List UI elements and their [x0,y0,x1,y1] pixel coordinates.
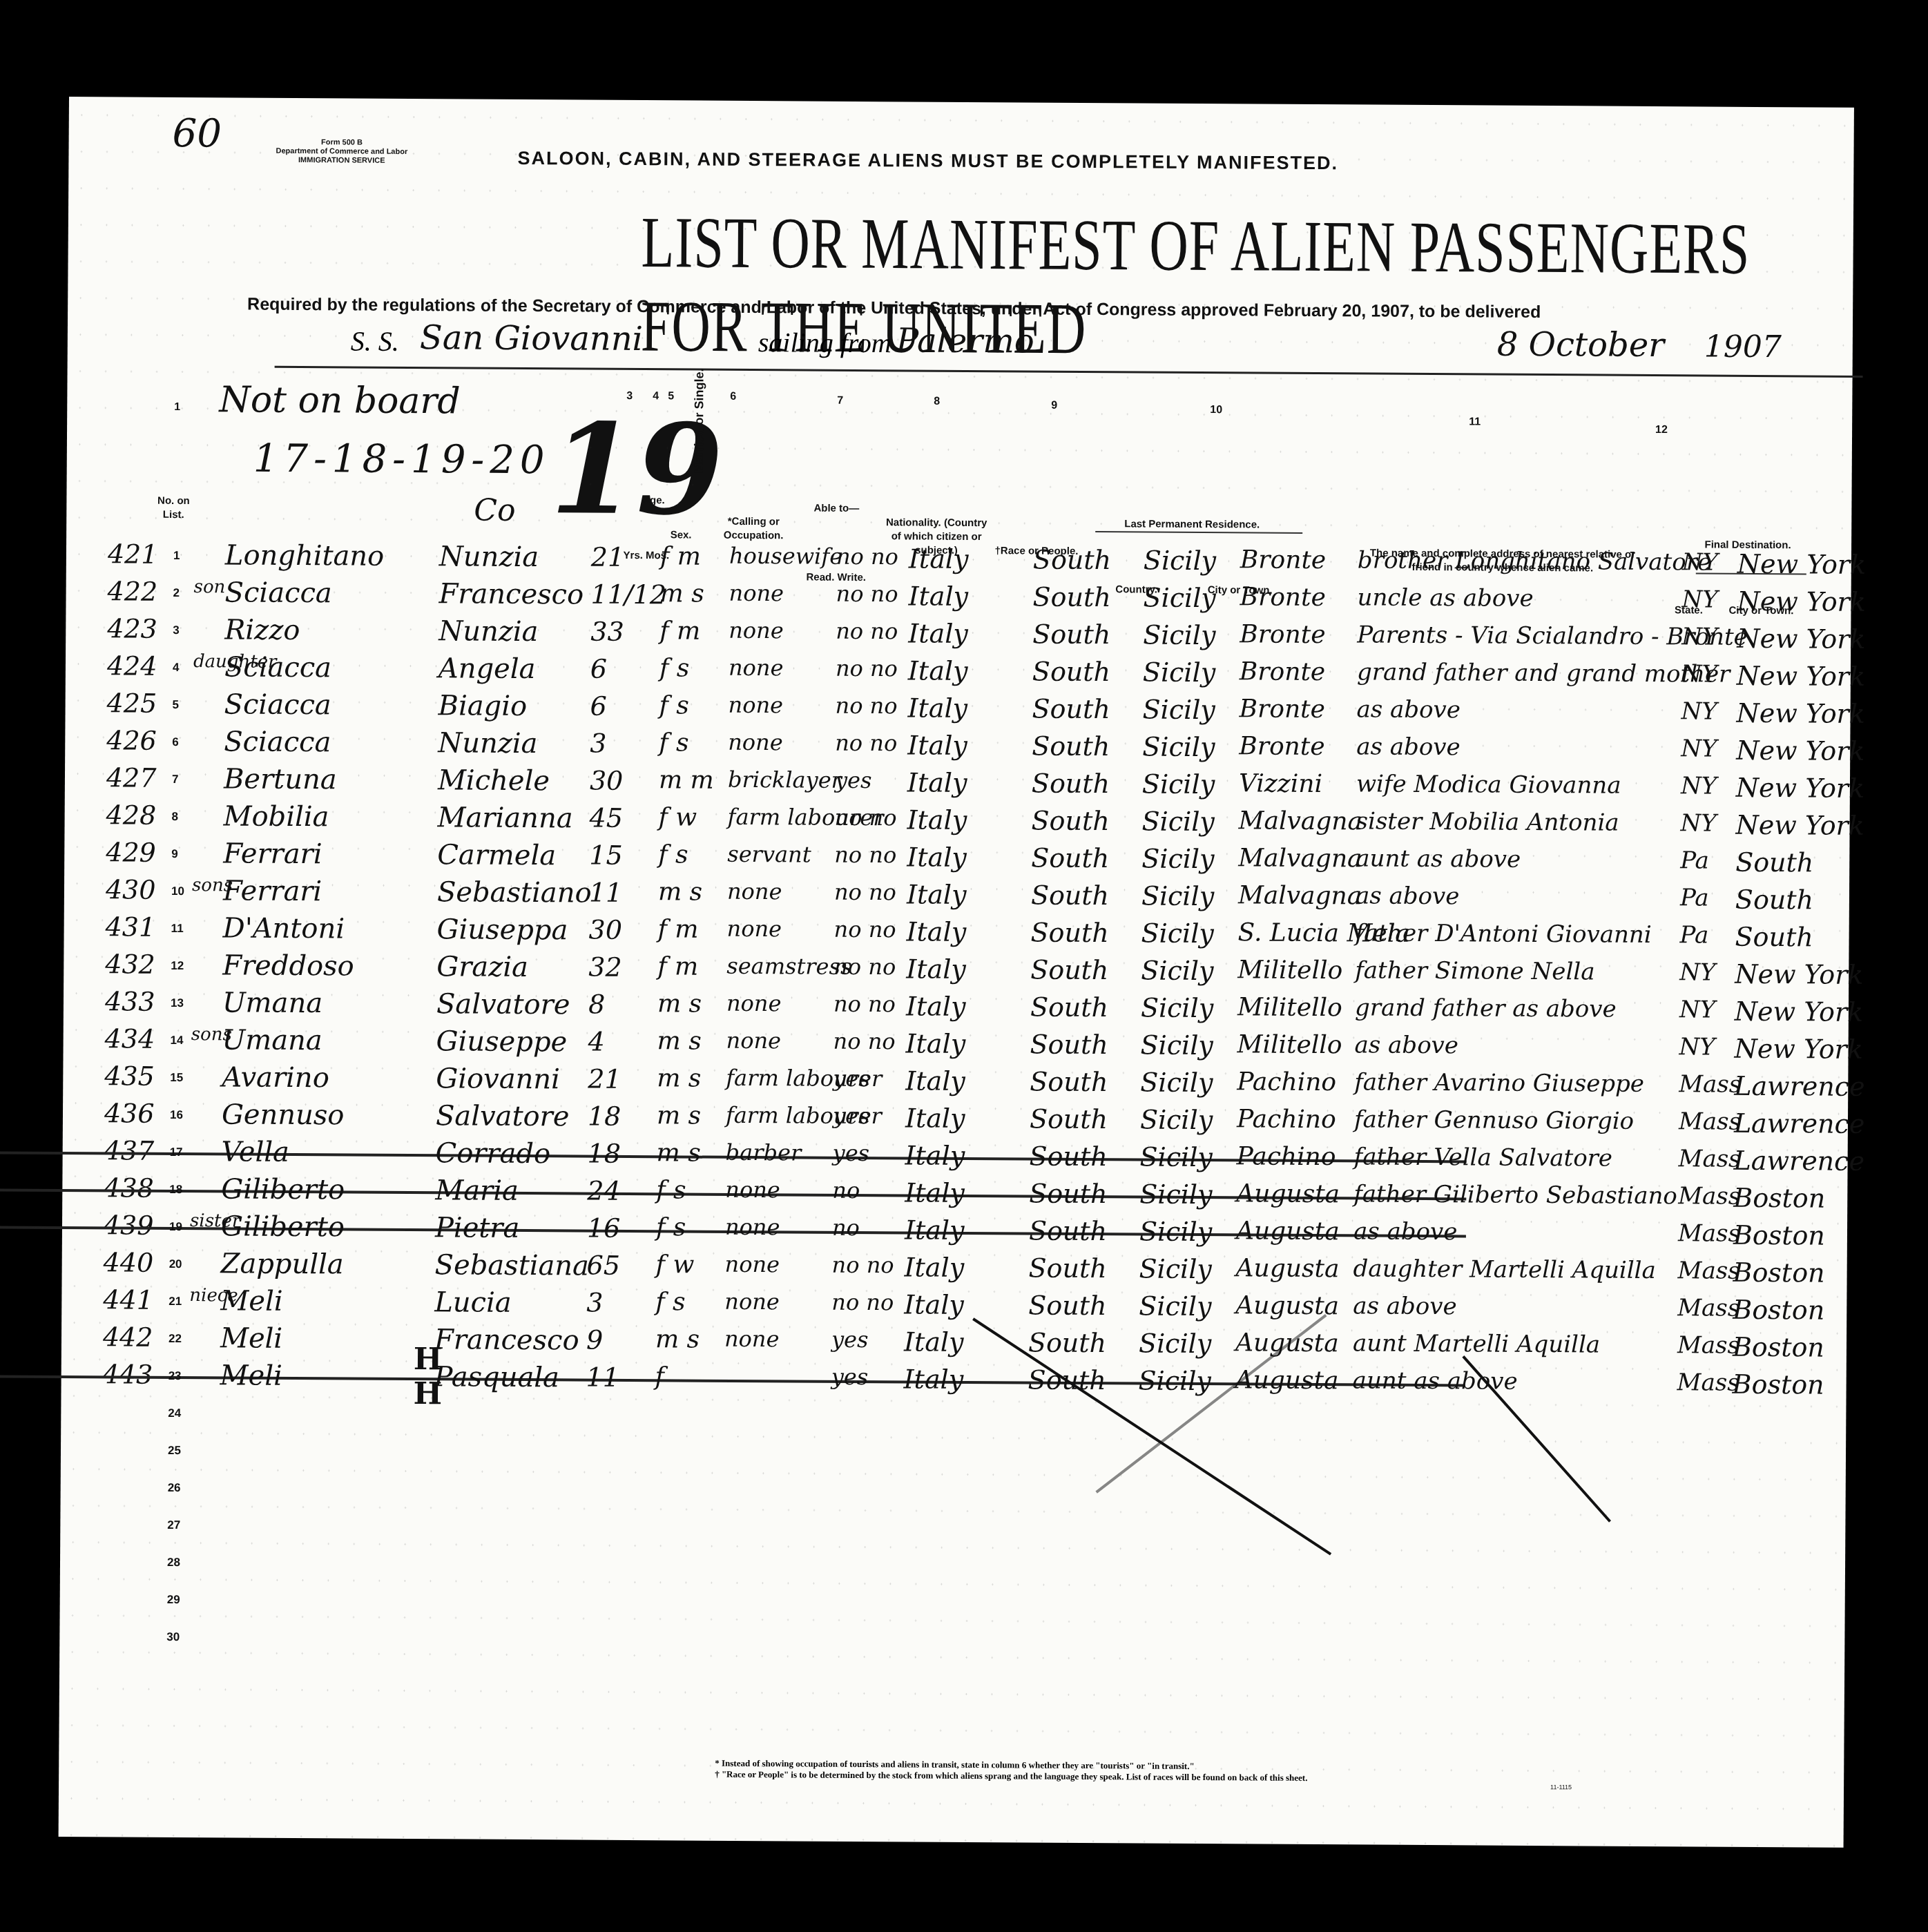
nearest-relative: father Simone Nella [1355,956,1594,985]
manifest-number: 436 [104,1098,155,1128]
sex-marital: f m [660,542,701,570]
sex-marital: m s [657,1064,701,1092]
manifest-number: 423 [107,613,157,644]
surname: Mobilia [223,800,329,833]
residence-city: Bronte [1240,583,1326,612]
manifest-number: 434 [105,1023,155,1054]
nearest-relative: father Avarino Giuseppe [1354,1068,1644,1098]
given-name: Pietra [435,1212,520,1244]
h-mark: H [413,1376,442,1411]
occupation: barber [726,1139,802,1166]
read-write: no no [834,879,896,906]
sex-marital: f m [658,915,699,943]
surname: Giliberto [221,1173,345,1206]
given-name: Giuseppa [437,914,568,946]
destination-city: New York [1737,624,1865,655]
destination-state: NY [1679,958,1715,986]
manifest-number: 439 [104,1210,154,1240]
empty-line-number: 26 [168,1481,181,1495]
nearest-relative: father Giliberto Sebastiano [1353,1180,1677,1210]
sex-marital: f s [655,1288,685,1316]
residence-city: Bronte [1240,545,1327,574]
nationality: Italy [907,879,967,910]
nearest-relative: as above [1353,1292,1457,1320]
race: South [1028,1328,1106,1359]
age: 4 [588,1027,605,1057]
surname: Sciacca [224,651,331,684]
departure-date: 8 October [1497,325,1665,365]
line-number: 8 [172,810,179,824]
occupation: none [725,1214,780,1240]
occupation: none [728,729,783,755]
nationality: Italy [907,730,967,761]
line-number: 9 [171,847,178,861]
residence-country: Sicily [1143,583,1216,614]
destination-city: New York [1736,698,1864,729]
nearest-relative: aunt as above [1356,844,1521,873]
age: 8 [588,989,605,1020]
residence-city: Bronte [1240,620,1326,649]
destination-city: Lawrence [1734,1071,1865,1102]
destination-state: NY [1682,548,1718,576]
destination-state: NY [1681,735,1717,762]
age: 45 [589,803,623,833]
col-num-5: 5 [668,390,674,403]
destination-state: Mass [1679,1070,1741,1099]
sex-marital: m s [659,579,704,608]
destination-city: South [1735,922,1813,953]
occupation: none [729,692,784,718]
race: South [1030,1141,1108,1172]
header-no-on-list: No. on List. [149,494,197,522]
occupation: none [725,1177,780,1203]
nationality: Italy [904,1326,964,1358]
col-num-3: 3 [626,390,633,403]
line-number: 22 [168,1332,182,1346]
occupation: none [724,1326,780,1352]
read-write: yes [833,1140,870,1166]
col-num-6: 6 [730,391,736,403]
age: 6 [590,691,606,722]
surname: Zappulla [221,1248,344,1280]
residence-country: Sicily [1142,769,1215,800]
read-write: no no [834,842,896,869]
service-name: IMMIGRATION SERVICE [276,156,407,166]
manifest-number: 431 [106,911,156,942]
sex-marital: f [655,1362,665,1391]
nationality: Italy [905,1215,965,1246]
read-write: no no [831,1289,894,1316]
sex-marital: f m [659,617,700,645]
residence-country: Sicily [1141,918,1214,949]
surname: Meli [220,1360,282,1392]
destination-state: Mass [1679,1108,1741,1136]
ship-info-line: S. S. San Giovanni sailing from Palermo … [275,318,1863,378]
read-write: no no [834,916,896,943]
nationality: Italy [907,693,967,724]
residence-city: Militello [1237,956,1342,985]
age: 18 [588,1101,621,1132]
nationality: Italy [908,655,968,686]
surname: Umana [222,1024,322,1056]
destination-city: New York [1736,773,1864,804]
race: South [1030,1067,1108,1098]
given-name: Lucia [434,1286,512,1319]
manifest-number: 427 [106,762,157,793]
nearest-relative: as above [1356,882,1460,910]
residence-country: Sicily [1139,1216,1213,1247]
destination-city: New York [1737,549,1866,580]
residence-city: Augusta [1236,1254,1340,1283]
occupation: none [727,916,782,942]
empty-line-number: 25 [168,1444,181,1458]
col-num-7: 7 [837,395,843,407]
line-number: 6 [172,735,179,749]
sailing-from-label: sailing from [758,326,891,359]
nearest-relative: as above [1353,1217,1458,1246]
occupation: servant [727,841,811,868]
form-identifier: Form 500 B Department of Commerce and La… [276,138,407,166]
occupation: none [725,1251,780,1277]
race: South [1029,1216,1107,1247]
race: South [1029,1253,1107,1284]
manifest-number: 426 [106,725,157,755]
destination-state: Pa [1680,847,1709,874]
col-num-10: 10 [1210,404,1222,416]
nationality: Italy [907,804,967,835]
col-num-12: 12 [1655,424,1668,436]
surname: Vella [222,1136,290,1168]
race: South [1030,992,1108,1023]
destination-city: New York [1735,959,1863,990]
sex-marital: m s [657,1139,701,1167]
occupation: none [724,1288,780,1315]
given-name: Grazia [436,951,528,983]
nearest-relative: as above [1355,1031,1459,1059]
department-name: Department of Commerce and Labor [276,147,407,157]
given-name: Michele [438,764,550,797]
sex-marital: m s [657,1101,701,1130]
residence-city: Pachino [1237,1068,1336,1097]
read-write: yes [835,767,872,793]
residence-city: Bronte [1239,695,1325,724]
destination-city: Lawrence [1734,1108,1865,1139]
age: 65 [587,1250,621,1281]
occupation: none [729,655,784,681]
age: 16 [587,1213,621,1244]
read-write: no no [832,1252,894,1279]
departure-port: Palermo [896,321,1034,360]
destination-city: Boston [1733,1369,1824,1400]
surname: Umana [222,987,322,1019]
nationality: Italy [905,1103,965,1134]
destination-city: Boston [1733,1183,1825,1214]
sex-marital: f s [659,691,689,719]
read-write: no no [836,543,898,570]
nationality: Italy [906,954,966,985]
header-age: Age. [639,494,667,508]
surname: Rizzo [224,614,300,646]
age: 3 [586,1288,603,1318]
residence-city: Militello [1237,1030,1342,1059]
manifest-number: 424 [107,650,157,681]
line-number: 11 [171,922,184,936]
header-last-residence: Last Permanent Residence. [1095,517,1289,532]
residence-country: Sicily [1141,1030,1214,1061]
occupation: none [726,1027,782,1054]
residence-country: Sicily [1142,732,1215,763]
nationality: Italy [909,543,969,574]
destination-state: NY [1681,623,1717,650]
empty-line-number: 27 [167,1518,180,1532]
destination-city: South [1735,885,1813,916]
race: South [1028,1291,1106,1322]
race: South [1031,843,1109,874]
destination-city: New York [1735,810,1864,841]
residence-country: Sicily [1144,545,1217,577]
sex-marital: f s [658,840,688,869]
read-write: no no [835,730,897,757]
surname: Ferrari [223,838,322,870]
surname: Giliberto [221,1210,345,1243]
destination-state: Mass [1678,1257,1740,1285]
race: South [1030,918,1108,949]
read-write: yes [831,1364,869,1390]
nearest-relative: father Vella Salvatore [1354,1143,1613,1172]
nationality: Italy [905,1065,965,1097]
residence-country: Sicily [1142,695,1215,726]
surname: Meli [220,1322,282,1355]
destination-state: NY [1681,660,1717,688]
residence-country: Sicily [1141,993,1214,1024]
nationality: Italy [908,581,968,612]
race: South [1029,1179,1107,1210]
surname: Gennuso [222,1099,345,1131]
line-number: 21 [168,1295,182,1308]
line-number: 18 [169,1183,182,1197]
given-name: Sebastiana [435,1249,590,1282]
empty-line-number: 30 [166,1630,180,1644]
manifest-number: 429 [106,837,156,867]
surname: Sciacca [224,688,331,721]
sex-marital: f w [659,803,697,831]
given-name: Nunzia [438,615,539,648]
race: South [1031,806,1109,837]
manifest-number: 428 [106,800,157,830]
occupation: none [726,990,782,1016]
given-name: Carmela [437,839,556,871]
destination-state: Mass [1677,1294,1739,1322]
residence-country: Sicily [1141,844,1215,875]
manifest-number: 440 [104,1247,154,1277]
residence-country: Sicily [1141,956,1214,987]
destination-city: Boston [1733,1295,1824,1326]
manifest-number: 435 [104,1061,155,1091]
residence-city: Militello [1237,993,1342,1022]
residence-country: Sicily [1139,1328,1212,1359]
age: 21 [588,1064,621,1094]
surname: Sciacca [224,726,331,758]
form-code: 11-1115 [1550,1784,1572,1790]
race: South [1032,731,1110,762]
read-write: no no [833,1028,896,1055]
given-name: Giovanni [436,1063,560,1095]
destination-city: Boston [1733,1220,1825,1251]
nearest-relative: aunt Martelli Aquilla [1353,1329,1600,1358]
residence-country: Sicily [1141,806,1215,838]
line-number: 4 [173,661,180,675]
occupation: bricklayer [728,766,842,793]
race: South [1033,545,1111,576]
race: South [1032,694,1110,725]
residence-country: Sicily [1140,1068,1213,1099]
occupation: none [729,580,784,606]
age: 9 [586,1325,603,1355]
residence-city: Augusta [1236,1217,1340,1246]
residence-city: Augusta [1236,1179,1340,1208]
race: South [1032,769,1110,800]
residence-city: Vizzini [1239,769,1322,798]
header-sex: Sex. [667,528,695,542]
age: 15 [589,840,623,871]
destination-city: South [1735,847,1813,878]
residence-country: Sicily [1140,1105,1213,1136]
nearest-relative: as above [1356,733,1461,761]
surname: D'Antoni [223,912,345,945]
age: 11/12 [590,579,666,610]
read-write: no no [835,804,897,831]
race: South [1030,955,1108,986]
line-number: 7 [172,773,179,786]
race: South [1031,880,1109,911]
col-num-8: 8 [934,396,940,408]
row-annotation: 17-18-19-20 [253,436,550,483]
destination-state: NY [1681,697,1717,725]
race: South [1032,582,1110,613]
surname: Meli [220,1285,282,1317]
empty-line-number: 29 [167,1593,180,1607]
destination-state: Mass [1678,1182,1740,1210]
read-write: no [832,1215,860,1241]
manifest-number: 437 [104,1135,155,1166]
given-name: Sebastiano [437,876,592,909]
empty-line-number: 24 [168,1407,181,1420]
destination-state: NY [1681,586,1717,613]
sex-marital: m s [657,989,702,1018]
line-number: 17 [170,1146,183,1159]
surname: Sciacca [224,577,331,609]
residence-country: Sicily [1143,657,1216,688]
line-number: 13 [171,996,184,1010]
empty-lines: 24252627282930 [69,97,1854,108]
given-name: Marianna [437,802,572,834]
col-num-9: 9 [1051,400,1057,412]
destination-state: Mass [1677,1331,1739,1360]
destination-state: NY [1679,1033,1715,1061]
given-name: Nunzia [438,727,538,760]
destination-state: Mass [1677,1369,1739,1397]
nearest-relative: uncle as above [1357,583,1533,612]
surname: Longhitano [225,539,385,572]
nationality: Italy [907,767,967,798]
manifest-number: 433 [105,986,155,1016]
destination-state: Mass [1679,1145,1741,1173]
given-name: Angela [438,653,536,685]
manifest-number: 442 [103,1322,153,1352]
read-write: no no [836,618,898,645]
given-name: Maria [435,1175,519,1207]
residence-country: Sicily [1139,1291,1212,1322]
sex-marital: f s [659,654,689,682]
given-name: Giuseppe [436,1025,568,1058]
read-write: yes [833,1103,870,1129]
given-name: Corrado [436,1137,551,1170]
nearest-relative: as above [1356,695,1461,724]
manifest-sheet: 60 Form 500 B Department of Commerce and… [59,97,1854,1848]
nearest-relative: grand father and grand mother [1357,658,1731,688]
manifest-number: 422 [107,576,157,606]
co-annotation: Co [474,493,515,528]
nationality: Italy [905,1252,965,1283]
manifest-number: 430 [106,874,156,905]
given-name: Nunzia [439,541,539,573]
destination-state: Pa [1680,884,1709,911]
destination-city: New York [1737,586,1865,617]
ship-name: San Giovanni [420,318,644,358]
surname: Freddoso [222,949,354,982]
age: 33 [590,617,624,647]
destination-city: New York [1734,1034,1862,1065]
nationality: Italy [907,842,967,873]
race: South [1030,1030,1108,1061]
residence-country: Sicily [1141,881,1215,912]
footnotes: * Instead of showing occupation of touri… [715,1758,1307,1784]
residence-city: Malvagna [1238,806,1362,835]
line-number: 19 [169,1220,182,1234]
sex-marital: m s [655,1325,700,1353]
manifest-number: 432 [105,949,155,979]
residence-city: Pachino [1237,1105,1336,1134]
given-name: Salvatore [436,1100,570,1132]
nationality: Italy [907,916,967,947]
nearest-relative: wife Modica Giovanna [1356,770,1621,799]
destination-state: NY [1681,772,1717,800]
nationality: Italy [905,1177,965,1208]
line-number: 1 [173,549,180,563]
nationality: Italy [905,1140,965,1171]
manifest-number: 421 [108,539,158,569]
residence-city: Pachino [1237,1142,1336,1171]
h-mark: H [414,1342,443,1377]
destination-state: NY [1680,809,1716,837]
destination-city: Boston [1733,1332,1824,1363]
age: 30 [589,915,623,945]
nationality: Italy [906,1028,966,1059]
occupation: housewife [729,543,842,570]
age: 32 [588,952,622,983]
manifest-number: 441 [103,1284,153,1315]
manifest-number: 443 [103,1359,153,1389]
age: 11 [586,1362,620,1393]
nationality: Italy [906,991,966,1022]
age: 24 [587,1176,621,1206]
residence-city: Bronte [1240,657,1326,686]
destination-state: NY [1679,996,1715,1023]
destination-state: Mass [1678,1219,1740,1248]
read-write: no no [836,581,898,608]
destination-city: New York [1736,735,1864,766]
nearest-relative: brother Longhitano Salvatore [1358,546,1711,576]
